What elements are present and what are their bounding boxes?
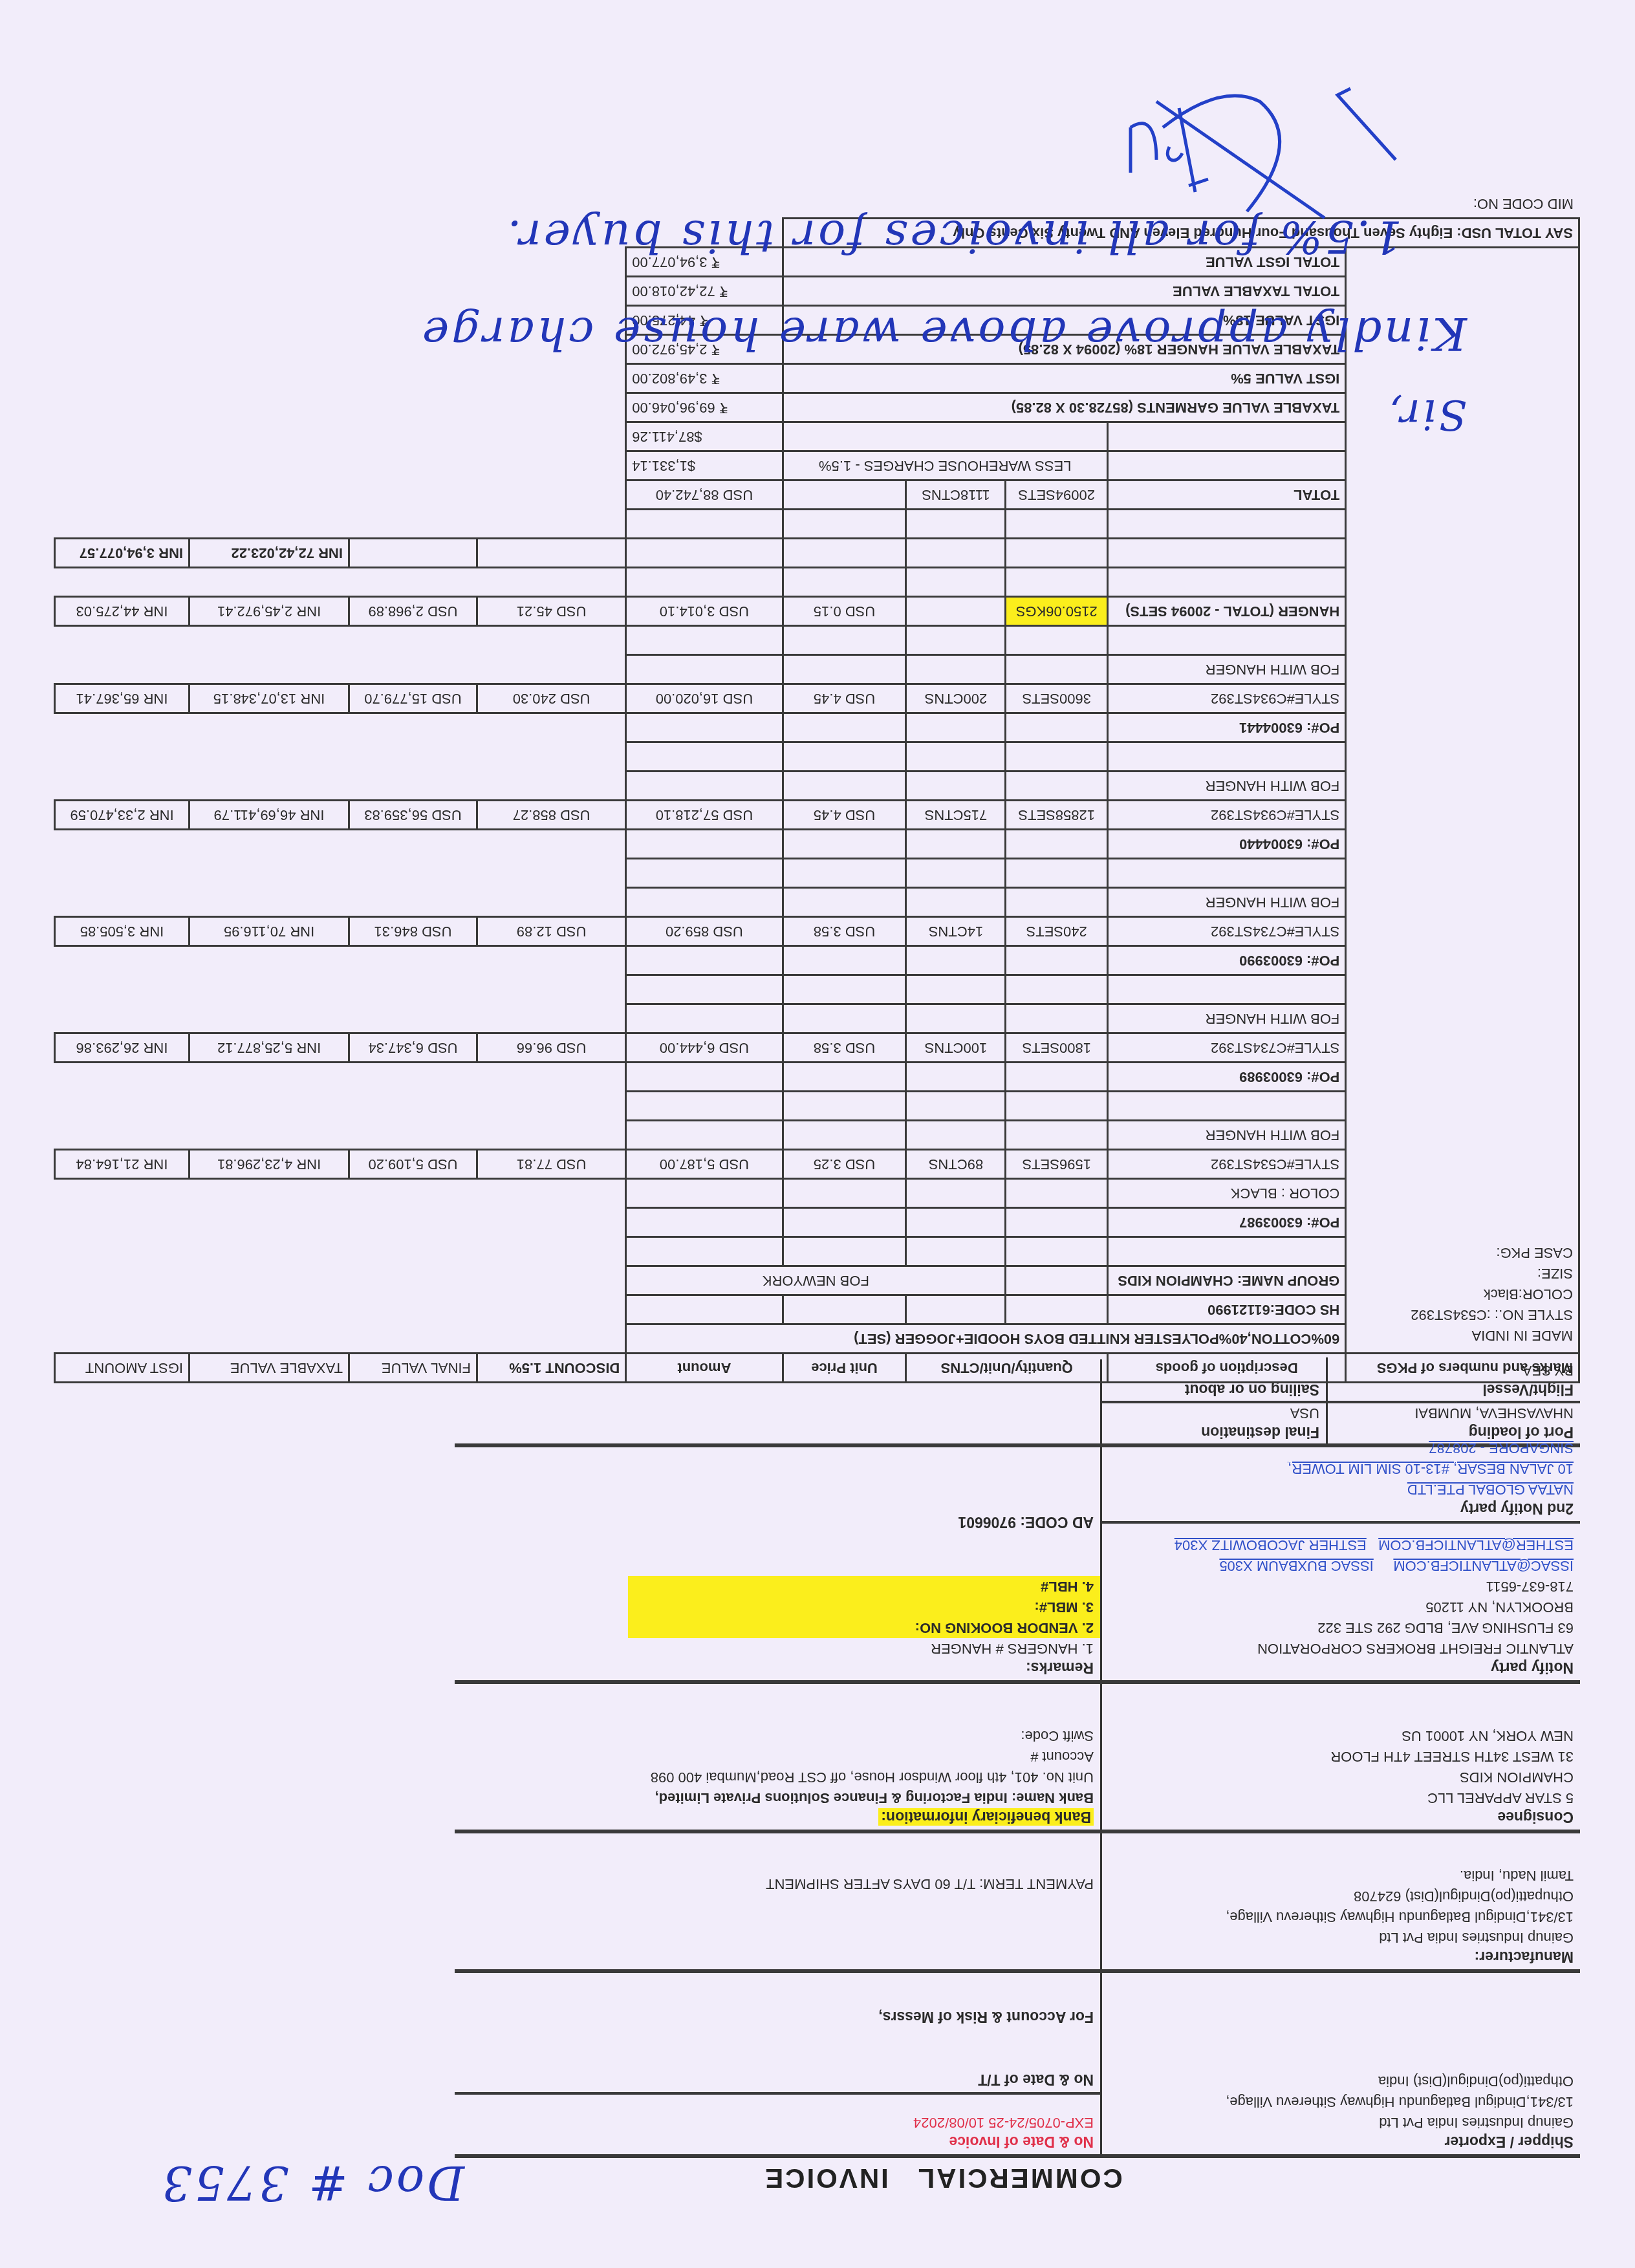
table-cell bbox=[349, 772, 477, 801]
table-cell: FOB WITH HANGER bbox=[1107, 888, 1345, 917]
bank-swift: Swift Code: bbox=[461, 1725, 1094, 1746]
table-cell bbox=[1006, 772, 1107, 801]
summary-label: IGST VALUE 5% bbox=[783, 364, 1346, 393]
signature-icon bbox=[1079, 63, 1467, 231]
table-cell bbox=[783, 539, 906, 568]
table-cell bbox=[906, 975, 1006, 1004]
table-cell bbox=[189, 1266, 349, 1295]
table-cell bbox=[906, 1237, 1006, 1266]
table-cell bbox=[1006, 510, 1107, 539]
remark-item: 4. HBL# bbox=[628, 1576, 1094, 1597]
table-cell bbox=[626, 626, 783, 655]
notify-line: 718-637-6511 bbox=[1109, 1576, 1574, 1597]
table-cell bbox=[1006, 888, 1107, 917]
table-cell bbox=[626, 713, 783, 742]
table-cell bbox=[189, 946, 349, 975]
consignee-section: Consignee 5 STAR APPAREL LLC CHAMPION KI… bbox=[1100, 1684, 1580, 1830]
invoice-number-label: No & Date of Invoice bbox=[461, 2133, 1094, 2150]
table-cell: 20094SETS bbox=[1006, 481, 1107, 510]
invoice-number-value: EXP-0705/24-25 10/08/2024 bbox=[461, 2112, 1094, 2133]
table-cell bbox=[783, 655, 906, 684]
table-cell bbox=[783, 1208, 906, 1237]
table-cell bbox=[1107, 510, 1345, 539]
table-cell bbox=[349, 830, 477, 859]
table-cell bbox=[906, 568, 1006, 597]
payment-term: PAYMENT TERM: T/T 60 DAYS AFTER SHIPMENT bbox=[461, 1874, 1094, 1894]
table-cell bbox=[1006, 1237, 1107, 1266]
table-cell bbox=[189, 1121, 349, 1150]
final-dest-value: USA bbox=[1109, 1403, 1319, 1423]
table-cell: INR 3,505.85 bbox=[55, 917, 189, 946]
table-cell bbox=[1006, 742, 1107, 772]
table-cell: INR 2,33,470.59 bbox=[55, 801, 189, 830]
manufacturer-section: Manufacturer: Gainup Industries India Pv… bbox=[1100, 1833, 1580, 1969]
notify-line: BROOKLYN, NY 11205 bbox=[1109, 1597, 1574, 1617]
table-cell bbox=[906, 713, 1006, 742]
table-cell bbox=[55, 481, 189, 510]
table-cell bbox=[349, 1324, 477, 1354]
table-cell: USD 56,359.83 bbox=[349, 801, 477, 830]
remarks-section: Remarks: 1. HANGERS # HANGER 2. VENDOR B… bbox=[455, 1447, 1100, 1680]
consignee-line: CHAMPION KIDS bbox=[1109, 1767, 1574, 1787]
table-cell bbox=[349, 1004, 477, 1033]
remarks-label: Remarks: bbox=[461, 1659, 1094, 1676]
handwritten-doc-number: Doc # 3753 bbox=[160, 2155, 464, 2210]
table-cell bbox=[55, 830, 189, 859]
mid-code: MID CODE NO: bbox=[1473, 195, 1574, 212]
bank-name: Bank Name: India Factoring & Finance Sol… bbox=[461, 1787, 1094, 1808]
table-cell bbox=[477, 1179, 626, 1208]
table-cell: INR 44,275.03 bbox=[55, 597, 189, 626]
table-cell bbox=[477, 626, 626, 655]
table-cell bbox=[1006, 655, 1107, 684]
table-cell bbox=[783, 1092, 906, 1121]
table-cell bbox=[55, 713, 189, 742]
second-notify-label: 2nd Notify party bbox=[1109, 1500, 1574, 1517]
shipper-label: Shipper / Exporter bbox=[1109, 2133, 1574, 2150]
table-cell bbox=[1006, 1179, 1107, 1208]
table-cell bbox=[189, 742, 349, 772]
consignee-line: NEW YORK, NY 10001 US bbox=[1109, 1725, 1574, 1746]
account-risk-label: For Account & Risk of Messrs, bbox=[461, 2008, 1094, 2025]
table-cell bbox=[477, 859, 626, 888]
final-cell bbox=[349, 539, 477, 568]
table-cell bbox=[477, 772, 626, 801]
table-cell bbox=[55, 859, 189, 888]
table-cell: Marks and numbers of PKGS bbox=[1346, 1354, 1579, 1383]
table-cell bbox=[906, 859, 1006, 888]
second-notify-section: 2nd Notify party NATAA GLOBAL PTE.LTD 10… bbox=[1102, 1434, 1580, 1524]
table-cell bbox=[906, 742, 1006, 772]
table-cell: USD 12.89 bbox=[477, 917, 626, 946]
table-cell bbox=[783, 626, 906, 655]
table-cell bbox=[906, 1179, 1006, 1208]
table-cell: Unit Price bbox=[783, 1354, 906, 1383]
notify-label: Notify party bbox=[1109, 1659, 1574, 1676]
table-cell bbox=[477, 655, 626, 684]
table-cell bbox=[189, 1208, 349, 1237]
table-cell: USD 6,444.00 bbox=[626, 1033, 783, 1063]
table-cell bbox=[626, 772, 783, 801]
invoice-title: COMMERCIAL INVOICE bbox=[587, 2163, 1299, 2194]
table-cell: Quantity/Unit/CTNS bbox=[906, 1354, 1107, 1383]
table-cell bbox=[189, 975, 349, 1004]
net-total: $87,411.26 bbox=[626, 422, 783, 451]
table-cell bbox=[1006, 539, 1107, 568]
sailing-label: Sailing on or about bbox=[1109, 1381, 1319, 1398]
second-notify-line: 10 JALAN BESAR, #13-10 SIM LIM TOWER, bbox=[1109, 1458, 1574, 1479]
table-cell bbox=[783, 1004, 906, 1033]
summary-label: TOTAL TAXABLE VALUE bbox=[783, 277, 1346, 306]
summary-label: TAXABLE VALUE GARMENTS (85728.30 X 82.85… bbox=[783, 393, 1346, 422]
table-cell bbox=[477, 1324, 626, 1354]
shipper-line: Othpatti(po)Dindigul(Dist) India bbox=[1109, 2071, 1574, 2091]
summary-value: ₹ 69,96,046.00 bbox=[626, 393, 783, 422]
table-cell bbox=[1107, 422, 1345, 451]
table-cell bbox=[55, 1063, 189, 1092]
consignee-label: Consignee bbox=[1109, 1808, 1574, 1826]
table-cell bbox=[626, 1179, 783, 1208]
table-cell: INR 65,367.41 bbox=[55, 684, 189, 713]
table-row: MADE IN INDIA STYLE NO.: :C534ST392 COLO… bbox=[55, 1324, 1579, 1354]
table-cell: USD 2,968.89 bbox=[349, 597, 477, 626]
discount-cell bbox=[477, 539, 626, 568]
table-cell bbox=[626, 1295, 783, 1324]
table-cell: 3600SETS bbox=[1006, 684, 1107, 713]
table-cell bbox=[906, 1121, 1006, 1150]
table-cell bbox=[1006, 626, 1107, 655]
table-cell bbox=[55, 568, 189, 597]
table-cell bbox=[626, 888, 783, 917]
table-cell bbox=[189, 713, 349, 742]
notify-line: ATLANTIC FREIGHT BROKERS CORPORATION bbox=[1109, 1638, 1574, 1659]
table-cell bbox=[477, 946, 626, 975]
manufacturer-line: Gainup Industries India Pvt Ltd bbox=[1109, 1927, 1574, 1948]
table-cell bbox=[626, 1063, 783, 1092]
table-cell bbox=[55, 975, 189, 1004]
table-cell bbox=[1107, 742, 1345, 772]
table-cell bbox=[189, 1179, 349, 1208]
handwritten-salutation: Sir, bbox=[1387, 390, 1467, 438]
table-cell bbox=[906, 1063, 1006, 1092]
table-cell: PO#: 63003987 bbox=[1107, 1208, 1345, 1237]
contact-name: ISSAC BUXBAUM X305 bbox=[1219, 1558, 1373, 1574]
table-cell: COLOR : BLACK bbox=[1107, 1179, 1345, 1208]
table-cell bbox=[1006, 568, 1107, 597]
bank-account: Account # bbox=[461, 1746, 1094, 1767]
table-cell bbox=[783, 1063, 906, 1092]
style-cell: STYLE#C534ST392 bbox=[1107, 1150, 1345, 1179]
invoice-number-section: No & Date of Invoice EXP-0705/24-25 10/0… bbox=[455, 2092, 1100, 2154]
table-cell bbox=[349, 568, 477, 597]
table-cell bbox=[906, 539, 1006, 568]
table-cell: IGST AMOUNT bbox=[55, 1354, 189, 1383]
table-cell bbox=[906, 1004, 1006, 1033]
table-cell bbox=[477, 1092, 626, 1121]
table-cell bbox=[349, 1092, 477, 1121]
table-cell bbox=[477, 1121, 626, 1150]
table-cell: HANGER (TOTAL - 20094 SETS) bbox=[1107, 597, 1345, 626]
table-cell: FOB NEWYORK bbox=[626, 1266, 1006, 1295]
table-cell: 2150.06KGS bbox=[1006, 597, 1107, 626]
table-cell bbox=[906, 510, 1006, 539]
table-cell: USD 3,014.10 bbox=[626, 597, 783, 626]
table-cell bbox=[626, 1092, 783, 1121]
summary-value: ₹ 3,49,802.00 bbox=[626, 364, 783, 393]
table-cell bbox=[783, 510, 906, 539]
table-cell bbox=[477, 830, 626, 859]
bank-address: Unit No. 401, 4th floor Windsor House, o… bbox=[461, 1767, 1094, 1787]
table-cell bbox=[1107, 568, 1345, 597]
table-cell bbox=[626, 946, 783, 975]
table-cell bbox=[906, 1295, 1006, 1324]
table-cell bbox=[349, 713, 477, 742]
table-cell bbox=[189, 1063, 349, 1092]
table-cell bbox=[1107, 451, 1345, 481]
table-cell bbox=[477, 1004, 626, 1033]
shipper-line: Gainup Industries India Pvt Ltd bbox=[1109, 2112, 1574, 2133]
table-cell bbox=[189, 1237, 349, 1266]
table-cell bbox=[349, 626, 477, 655]
taxable-total: INR 72,42,023.22 bbox=[189, 539, 349, 568]
table-cell: FOB WITH HANGER bbox=[1107, 772, 1345, 801]
table-cell bbox=[55, 1092, 189, 1121]
table-cell bbox=[906, 946, 1006, 975]
table-cell: 60%COTTON,40%POLYESTER KNITTED BOYS HOOD… bbox=[626, 1324, 1346, 1354]
table-cell: USD 0.15 bbox=[783, 597, 906, 626]
table-cell: USD 859.20 bbox=[626, 917, 783, 946]
style-cell: STYLE#C934ST392 bbox=[1107, 684, 1345, 713]
table-cell bbox=[477, 1266, 626, 1295]
table-cell: USD 45.21 bbox=[477, 597, 626, 626]
table-cell bbox=[783, 888, 906, 917]
table-cell bbox=[189, 1004, 349, 1033]
notify-line: 63 FLUSHING AVE, BLDG 292 STE 322 bbox=[1109, 1617, 1574, 1638]
table-cell bbox=[477, 1208, 626, 1237]
title-word-commercial: COMMERCIAL bbox=[916, 2163, 1123, 2194]
invoice-header-form: Shipper / Exporter Gainup Industries Ind… bbox=[455, 1359, 1580, 2158]
table-cell bbox=[477, 713, 626, 742]
table-cell: USD 846.31 bbox=[349, 917, 477, 946]
table-cell bbox=[55, 1208, 189, 1237]
table-cell bbox=[189, 510, 349, 539]
table-cell bbox=[477, 888, 626, 917]
table-cell: $1,331.14 bbox=[626, 451, 783, 481]
bank-section: Bank beneficiary information: Bank Name:… bbox=[455, 1684, 1100, 1830]
table-cell: USD 57,218.10 bbox=[626, 801, 783, 830]
table-cell: 1800SETS bbox=[1006, 1033, 1107, 1063]
table-cell bbox=[349, 859, 477, 888]
table-cell bbox=[349, 655, 477, 684]
table-cell bbox=[783, 422, 1107, 451]
handwritten-note-line: Kindly approve above ware house charge bbox=[420, 307, 1467, 360]
table-cell bbox=[1107, 539, 1345, 568]
contact-name: ESTHER JACOBOWITZ X304 bbox=[1175, 1537, 1367, 1553]
invoice-page: COMMERCIAL INVOICE Doc # 3753 Shipper / … bbox=[0, 0, 1635, 2268]
table-cell bbox=[626, 1237, 783, 1266]
table-cell bbox=[906, 1092, 1006, 1121]
table-cell bbox=[349, 1179, 477, 1208]
table-cell: INR 2,45,972.41 bbox=[189, 597, 349, 626]
goods-table: Marks and numbers of PKGSDescription of … bbox=[54, 217, 1580, 1383]
table-cell: 1596SETS bbox=[1006, 1150, 1107, 1179]
table-cell bbox=[477, 742, 626, 772]
table-cell bbox=[189, 451, 349, 481]
table-cell bbox=[783, 975, 906, 1004]
table-cell: USD 6,347.34 bbox=[349, 1033, 477, 1063]
table-cell bbox=[626, 1004, 783, 1033]
table-cell bbox=[906, 626, 1006, 655]
table-cell bbox=[1006, 1063, 1107, 1092]
table-cell bbox=[626, 742, 783, 772]
table-cell bbox=[189, 626, 349, 655]
port-loading-label: Port of loading bbox=[1334, 1423, 1574, 1441]
table-cell bbox=[349, 510, 477, 539]
table-cell bbox=[477, 481, 626, 510]
consignee-line: 5 STAR APPAREL LLC bbox=[1109, 1787, 1574, 1808]
table-cell bbox=[55, 1295, 189, 1324]
contact-email-link[interactable]: ESTHER@ATLANTICFB.COM bbox=[1378, 1537, 1574, 1553]
table-cell bbox=[1107, 1092, 1345, 1121]
table-cell bbox=[477, 975, 626, 1004]
table-cell: INR 70,116.95 bbox=[189, 917, 349, 946]
table-cell bbox=[55, 772, 189, 801]
table-cell bbox=[626, 510, 783, 539]
table-cell: INR 46,69,411.79 bbox=[189, 801, 349, 830]
table-cell: FOB WITH HANGER bbox=[1107, 655, 1345, 684]
table-cell bbox=[55, 510, 189, 539]
table-cell bbox=[349, 1208, 477, 1237]
table-cell bbox=[906, 597, 1006, 626]
table-cell bbox=[349, 1063, 477, 1092]
table-cell: PO#: 63004440 bbox=[1107, 830, 1345, 859]
table-cell bbox=[1006, 713, 1107, 742]
table-cell bbox=[626, 539, 783, 568]
table-cell bbox=[1006, 1208, 1107, 1237]
table-cell: USD 3.58 bbox=[783, 1033, 906, 1063]
ad-code: AD CODE: 9706601 bbox=[461, 1513, 1094, 1531]
table-cell bbox=[349, 888, 477, 917]
table-cell bbox=[349, 742, 477, 772]
table-cell bbox=[783, 1295, 906, 1324]
shipper-section: Shipper / Exporter Gainup Industries Ind… bbox=[1100, 1973, 1580, 2154]
table-cell bbox=[783, 713, 906, 742]
style-cell: STYLE#C734ST392 bbox=[1107, 917, 1345, 946]
notify-party-section: Notify party ATLANTIC FREIGHT BROKERS CO… bbox=[1102, 1524, 1580, 1680]
vessel-label: Flight/Vessel bbox=[1334, 1381, 1574, 1398]
table-cell bbox=[783, 481, 906, 510]
table-cell: USD 5,109.20 bbox=[349, 1150, 477, 1179]
consignee-line: 31 WEST 34TH STREET 4TH FLOOR bbox=[1109, 1746, 1574, 1767]
table-cell bbox=[1107, 1237, 1345, 1266]
table-cell bbox=[906, 830, 1006, 859]
table-cell: USD 3.25 bbox=[783, 1150, 906, 1179]
table-cell: PO#: 63003989 bbox=[1107, 1063, 1345, 1092]
table-cell bbox=[626, 1208, 783, 1237]
table-cell bbox=[783, 1121, 906, 1150]
table-cell: HS CODE:61121990 bbox=[1107, 1295, 1345, 1324]
table-cell: USD 16,020.00 bbox=[626, 684, 783, 713]
table-cell bbox=[906, 772, 1006, 801]
table-cell bbox=[626, 1121, 783, 1150]
table-cell bbox=[349, 946, 477, 975]
table-cell: 240SETS bbox=[1006, 917, 1107, 946]
table-cell: DISCOUNT 1.5% bbox=[477, 1354, 626, 1383]
tt-label: No & Date of T/T bbox=[461, 2071, 1094, 2088]
summary-value: ₹ 72,42,018.00 bbox=[626, 277, 783, 306]
table-cell bbox=[626, 975, 783, 1004]
table-cell bbox=[783, 772, 906, 801]
table-cell bbox=[1006, 1092, 1107, 1121]
table-cell: USD 4.45 bbox=[783, 684, 906, 713]
table-cell bbox=[189, 1324, 349, 1354]
contact-email-link[interactable]: ISSAC@ATLANTICFB.COM bbox=[1393, 1558, 1574, 1574]
table-cell bbox=[906, 888, 1006, 917]
table-cell: USD 77.81 bbox=[477, 1150, 626, 1179]
table-cell bbox=[626, 655, 783, 684]
table-cell: USD 240.30 bbox=[477, 684, 626, 713]
table-cell: GROUP NAME: CHAMPION KIDS bbox=[1107, 1266, 1345, 1295]
table-cell: USD 96.66 bbox=[477, 1033, 626, 1063]
table-cell bbox=[783, 742, 906, 772]
table-cell bbox=[189, 1295, 349, 1324]
table-cell bbox=[906, 655, 1006, 684]
table-cell: USD 88,742.40 bbox=[626, 481, 783, 510]
table-cell bbox=[55, 626, 189, 655]
table-cell bbox=[55, 742, 189, 772]
table-cell: LESS WAREHOUSE CHARGES - 1.5% bbox=[783, 451, 1107, 481]
table-cell bbox=[783, 568, 906, 597]
title-word-invoice: INVOICE bbox=[763, 2163, 889, 2194]
table-cell: USD 3.58 bbox=[783, 917, 906, 946]
bank-label: Bank beneficiary information: bbox=[878, 1808, 1094, 1826]
table-cell: INR 13,07,348.15 bbox=[189, 684, 349, 713]
second-notify-line: NATAA GLOBAL PTE.LTD bbox=[1109, 1479, 1574, 1500]
table-cell: FOB WITH HANGER bbox=[1107, 1121, 1345, 1150]
table-cell bbox=[1006, 1121, 1107, 1150]
table-cell bbox=[783, 946, 906, 975]
table-cell bbox=[1107, 975, 1345, 1004]
table-cell: INR 4,23,296.81 bbox=[189, 1150, 349, 1179]
table-cell: TOTAL bbox=[1107, 481, 1345, 510]
remark-item: 3. MBL#: bbox=[628, 1597, 1094, 1617]
table-cell bbox=[189, 772, 349, 801]
table-cell bbox=[189, 655, 349, 684]
table-cell bbox=[349, 481, 477, 510]
manufacturer-line: Othupatti(po)Dindigul(Dist) 624708 bbox=[1109, 1886, 1574, 1906]
table-cell: FOB WITH HANGER bbox=[1107, 1004, 1345, 1033]
table-cell bbox=[477, 568, 626, 597]
table-cell bbox=[1006, 1266, 1107, 1295]
table-cell bbox=[783, 859, 906, 888]
table-cell: 12858SETS bbox=[1006, 801, 1107, 830]
table-cell bbox=[626, 859, 783, 888]
table-cell bbox=[189, 1092, 349, 1121]
manufacturer-line: 13/341,Dindigul Batlagundu Highway Sithe… bbox=[1109, 1906, 1574, 1927]
table-cell: 100CTNS bbox=[906, 1033, 1006, 1063]
table-cell bbox=[55, 946, 189, 975]
table-cell: Amount bbox=[626, 1354, 783, 1383]
table-cell: PO#: 63004441 bbox=[1107, 713, 1345, 742]
table-cell bbox=[1107, 626, 1345, 655]
table-cell bbox=[349, 1266, 477, 1295]
table-cell bbox=[1006, 1004, 1107, 1033]
table-cell: 1118CTNS bbox=[906, 481, 1006, 510]
table-cell bbox=[1006, 975, 1107, 1004]
table-cell bbox=[55, 1266, 189, 1295]
table-cell bbox=[906, 1208, 1006, 1237]
table-cell bbox=[349, 1237, 477, 1266]
